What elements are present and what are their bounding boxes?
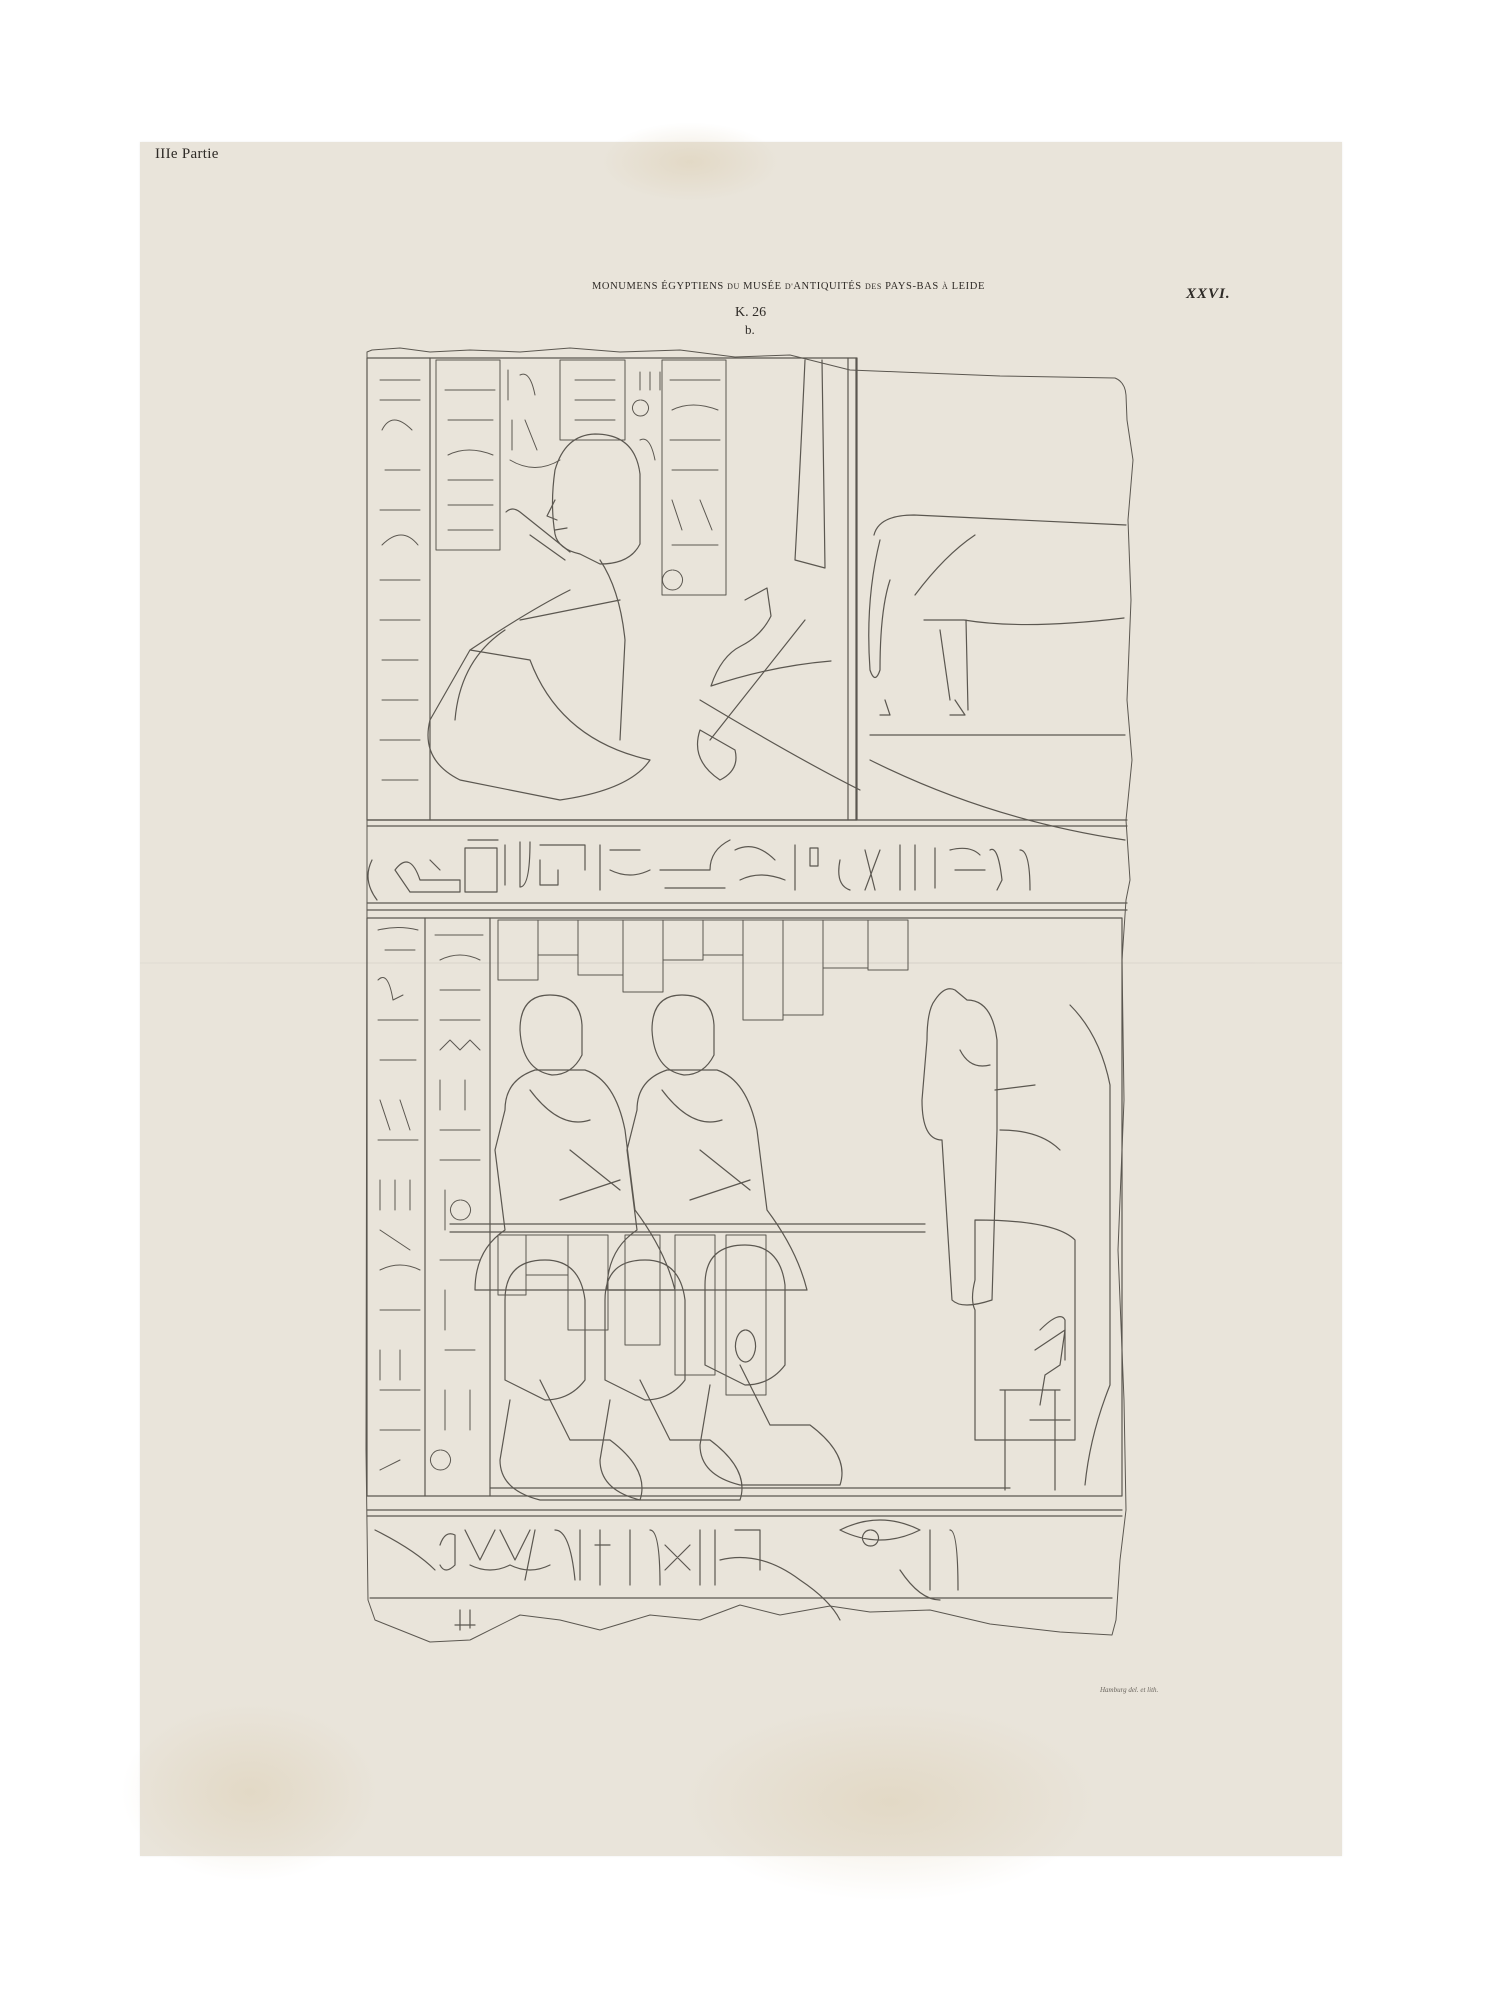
- inscription-band-2: [367, 1510, 1122, 1630]
- seated-man-2: [607, 995, 807, 1290]
- seated-woman-2: [600, 1260, 742, 1500]
- offering-vessel: [1000, 1330, 1065, 1490]
- standing-woman-figure: [922, 989, 1110, 1485]
- upper-register-frame: [367, 358, 857, 820]
- hieroglyph-captions-lower: [498, 1235, 766, 1395]
- stele-drawing: [0, 0, 1500, 2000]
- hieroglyph-captions-middle: [498, 920, 908, 1020]
- hieroglyph-columns-middle: [378, 928, 483, 1471]
- mid-lower-frame: [367, 918, 1122, 1496]
- stele-outline: [366, 348, 1133, 1642]
- offering-scene: [698, 358, 861, 820]
- inscription-band-1: [367, 840, 1127, 910]
- kneeling-man-figure: [428, 434, 650, 800]
- cow-figure: [869, 515, 1126, 840]
- seated-woman-1: [500, 1260, 642, 1500]
- seated-man-1: [475, 995, 675, 1290]
